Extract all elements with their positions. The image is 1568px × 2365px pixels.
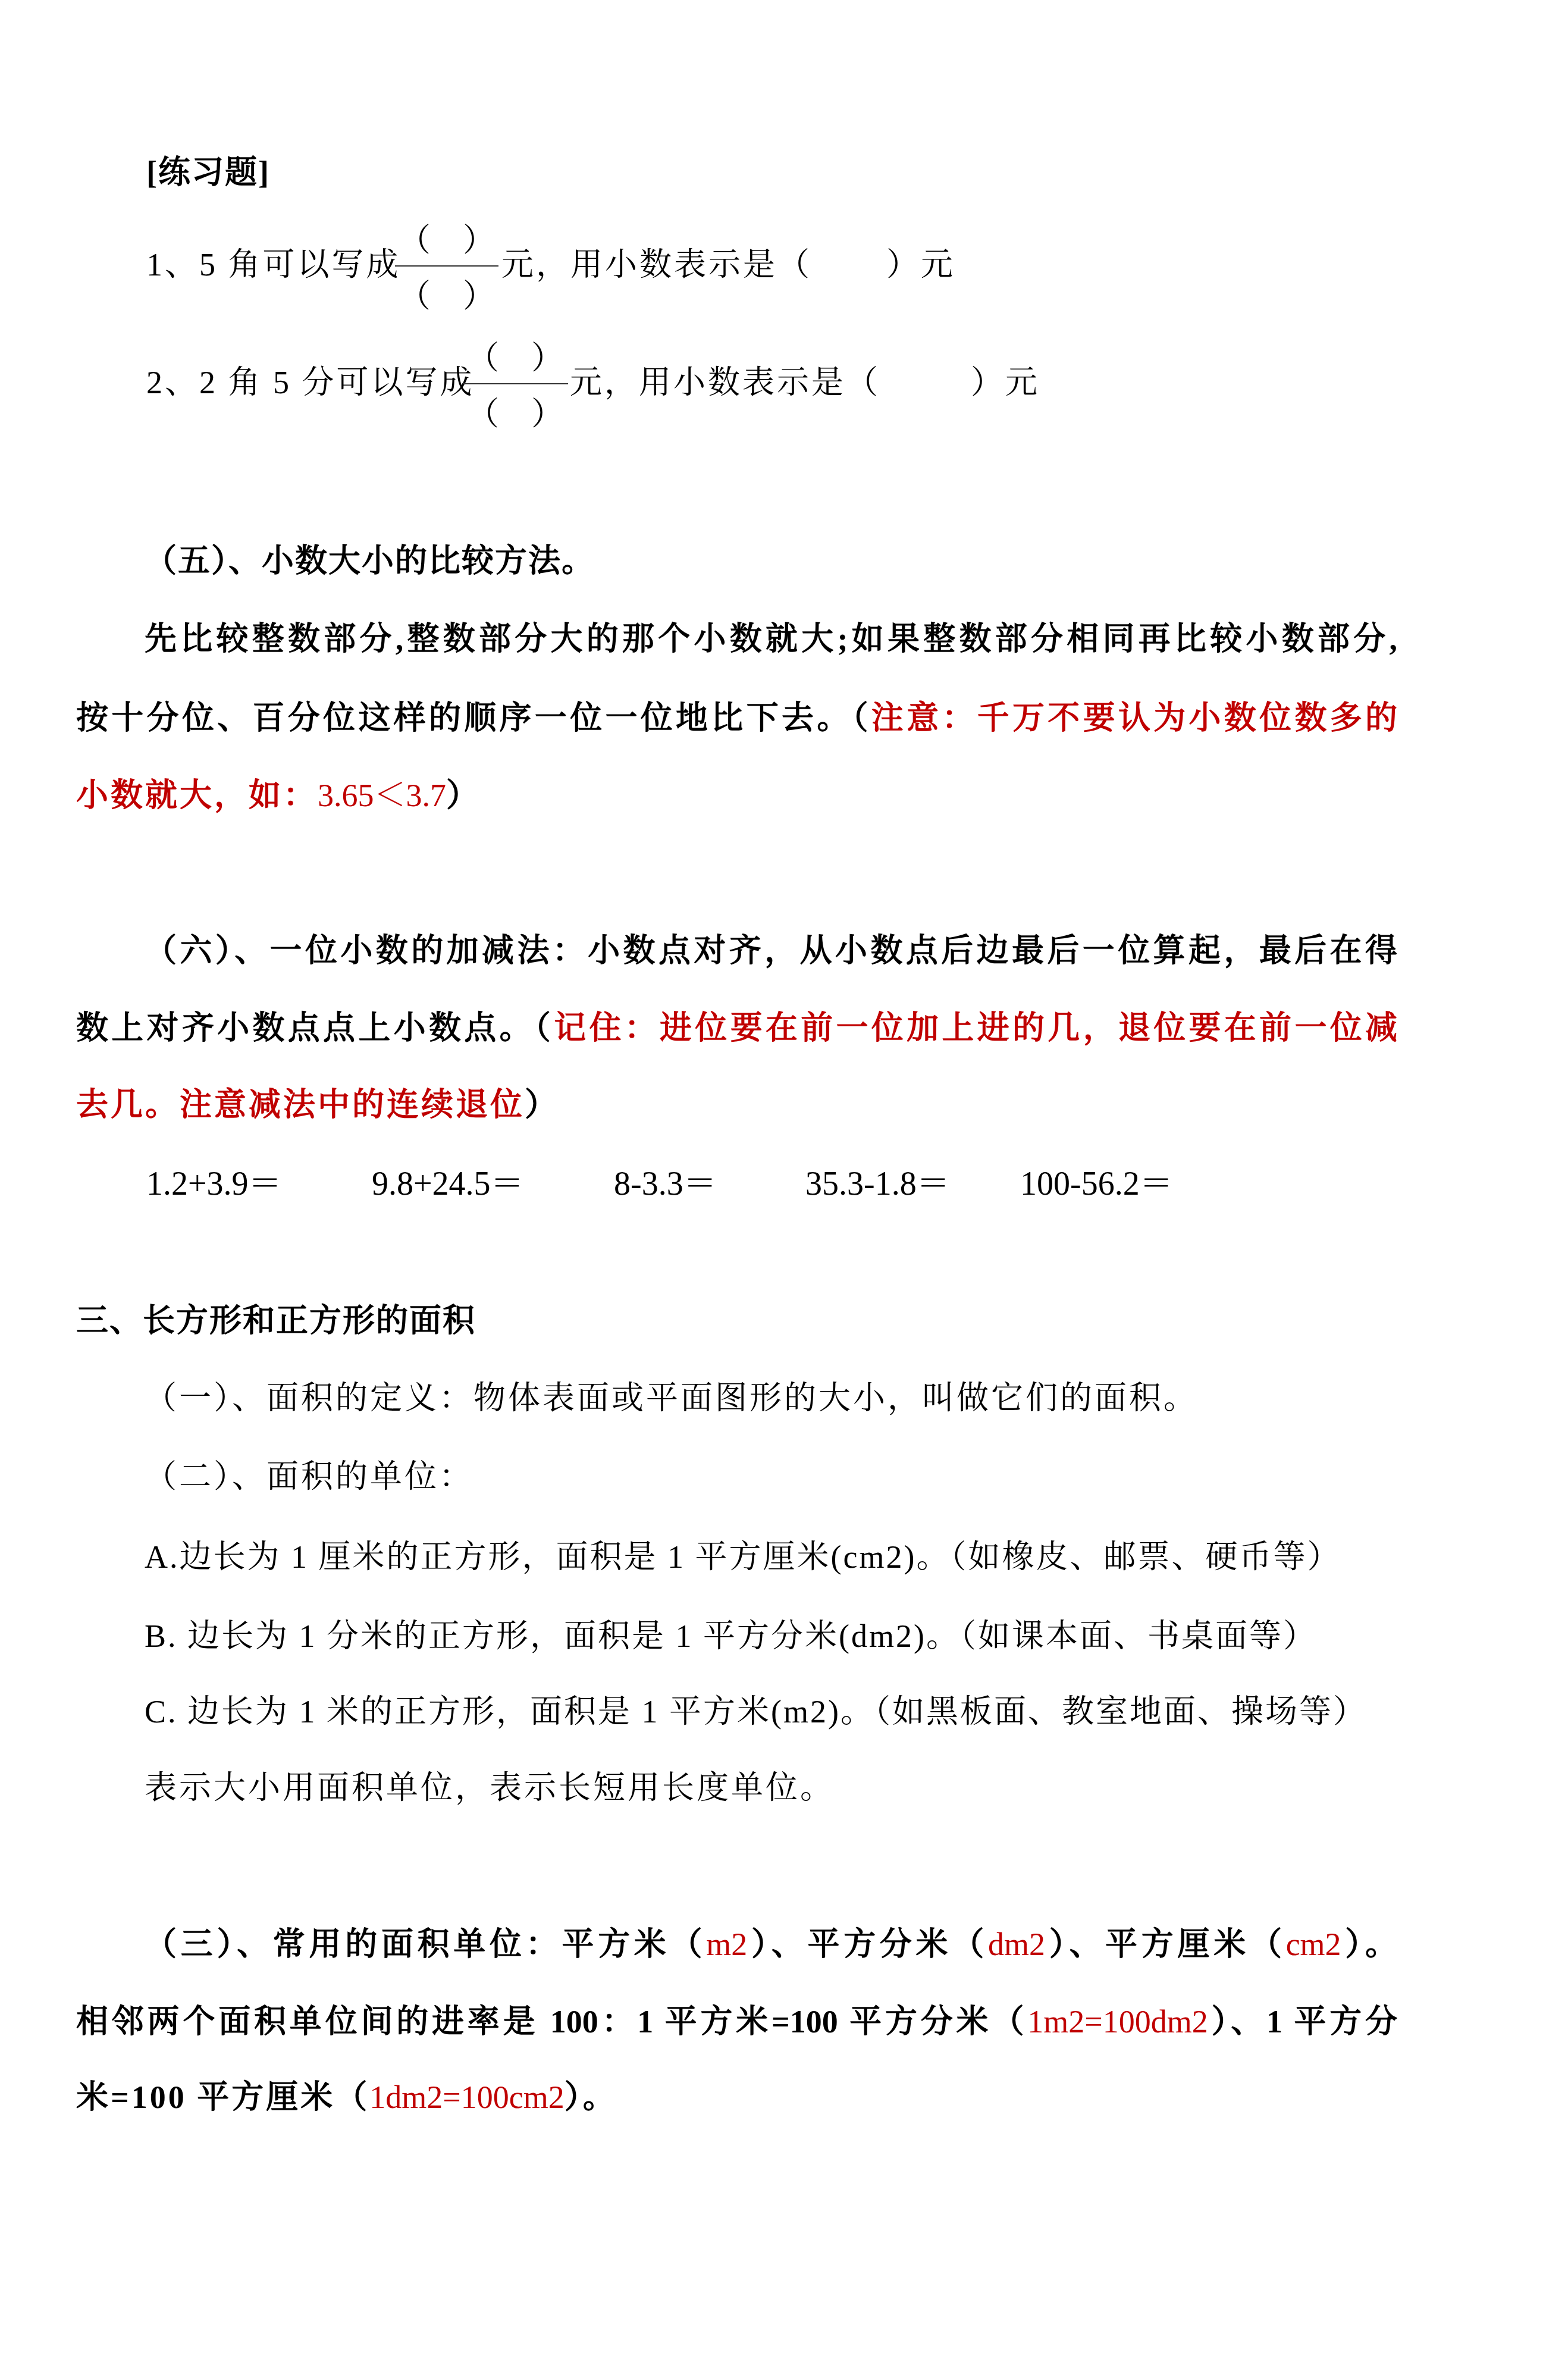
- unit-symbol-m2: m2: [706, 1927, 747, 1962]
- answer-blank: [813, 244, 886, 286]
- question-suffix: ）元: [886, 244, 955, 286]
- unit-symbol-cm2: cm2: [1286, 1927, 1341, 1962]
- highlight-note: 记住：进位要在前一位加上进的几，退位要在前一位减: [554, 1010, 1397, 1046]
- question-prefix: 2、2 角 5 分可以写成: [146, 362, 475, 403]
- common-units-text: 相邻两个面积单位间的进率是 100：1 平方米=100 平方分米（: [76, 2004, 1027, 2040]
- common-units-line-3: 米=100 平方厘米（1dm2=100cm2）。: [76, 2076, 617, 2118]
- highlight-note: 注意：千万不要认为小数位数多的: [871, 700, 1397, 736]
- question-suffix: ）元: [971, 362, 1040, 403]
- conversion-dm2-cm2: 1dm2=100cm2: [369, 2079, 564, 2115]
- usage-note: 表示大小用面积单位，表示长短用长度单位。: [145, 1767, 835, 1809]
- fraction-numerator: （ ）: [395, 224, 498, 256]
- fraction-blank: （ ） （ ）: [462, 362, 568, 403]
- exercise-item: 9.8+24.5＝: [372, 1163, 524, 1205]
- paragraph-text: 按十分位、百分位这样的顺序一位一位地比下去。（: [76, 700, 871, 736]
- area-units-heading: （二）、面积的单位：: [145, 1456, 473, 1498]
- closing-paren: ）: [525, 1087, 559, 1123]
- common-units-text: ）。: [1341, 1927, 1397, 1962]
- example-comparison: 3.65＜3.7: [318, 778, 446, 813]
- section-five-line-1: 先比较整数部分,整数部分大的那个小数就大;如果整数部分相同再比较小数部分,: [145, 618, 1397, 660]
- practice-question-2: 2、2 角 5 分可以写成 （ ） （ ） 元，用小数表示是（ ）元: [0, 362, 1568, 403]
- area-unit-item-a: A.边长为 1 厘米的正方形，面积是 1 平方厘米(cm2)。（如橡皮、邮票、硬…: [145, 1536, 1341, 1578]
- common-units-text: ）、1 平方分: [1208, 2004, 1397, 2040]
- area-unit-item-b: B. 边长为 1 分米的正方形，面积是 1 平方分米(dm2)。（如课本面、书桌…: [145, 1615, 1317, 1657]
- common-units-line-1: （三）、常用的面积单位：平方米（m2）、平方分米（dm2）、平方厘米（cm2）。: [145, 1924, 1397, 1965]
- unit-symbol-dm2: dm2: [988, 1927, 1045, 1962]
- paragraph-text: 数上对齐小数点点上小数点。（: [76, 1010, 554, 1046]
- section-five-line-3: 小数就大，如：3.65＜3.7）: [76, 775, 481, 816]
- area-definition: （一）、面积的定义：物体表面或平面图形的大小，叫做它们的面积。: [145, 1377, 1198, 1419]
- closing-paren: ）: [446, 778, 481, 813]
- question-middle-text: 元，用小数表示是（: [501, 244, 812, 286]
- common-units-text: （三）、常用的面积单位：平方米（: [145, 1927, 706, 1962]
- fraction-denominator: （ ）: [395, 280, 498, 312]
- exercise-item: 1.2+3.9＝: [146, 1163, 282, 1205]
- common-units-text: ）。: [565, 2079, 617, 2115]
- fraction-bar: [462, 383, 568, 384]
- fraction-blank: （ ） （ ）: [395, 244, 498, 286]
- area-unit-item-c: C. 边长为 1 米的正方形，面积是 1 平方米(m2)。（如黑板面、教室地面、…: [145, 1691, 1367, 1733]
- section-six-line-1: （六）、一位小数的加减法：小数点对齐，从小数点后边最后一位算起，最后在得: [145, 930, 1397, 972]
- common-units-text: 米=100 平方厘米（: [76, 2079, 369, 2115]
- section-six-line-2: 数上对齐小数点点上小数点。（记住：进位要在前一位加上进的几，退位要在前一位减: [76, 1007, 1397, 1049]
- common-units-line-2: 相邻两个面积单位间的进率是 100：1 平方米=100 平方分米（1m2=100…: [76, 2001, 1397, 2043]
- fraction-bar: [395, 265, 498, 267]
- highlight-note: 去几。注意减法中的连续退位: [76, 1087, 525, 1123]
- question-prefix: 1、5 角可以写成: [146, 244, 401, 286]
- common-units-text: ）、平方厘米（: [1045, 1927, 1286, 1962]
- exercise-item: 35.3-1.8＝: [805, 1163, 950, 1205]
- highlight-note: 小数就大，如：: [76, 778, 318, 813]
- exercise-row: 1.2+3.9＝ 9.8+24.5＝ 8-3.3＝ 35.3-1.8＝ 100-…: [0, 1163, 1568, 1205]
- exercise-item: 100-56.2＝: [1020, 1163, 1173, 1205]
- fraction-numerator: （ ）: [462, 342, 568, 374]
- question-middle-text: 元，用小数表示是（: [570, 362, 880, 403]
- common-units-text: ）、平方分米（: [747, 1927, 988, 1962]
- conversion-m2-dm2: 1m2=100dm2: [1027, 2004, 1208, 2040]
- fraction-denominator: （ ）: [462, 398, 568, 430]
- section-three-heading: 三、长方形和正方形的面积: [76, 1300, 476, 1342]
- practice-question-1: 1、5 角可以写成 （ ） （ ） 元，用小数表示是（ ）元: [0, 244, 1568, 286]
- section-five-line-2: 按十分位、百分位这样的顺序一位一位地比下去。（注意：千万不要认为小数位数多的: [76, 697, 1397, 739]
- section-five-heading: （五）、小数大小的比较方法。: [145, 540, 595, 582]
- answer-blank: [880, 362, 971, 403]
- exercise-item: 8-3.3＝: [614, 1163, 717, 1205]
- practice-title: [练习题]: [146, 152, 270, 193]
- section-six-line-3: 去几。注意减法中的连续退位）: [76, 1084, 559, 1126]
